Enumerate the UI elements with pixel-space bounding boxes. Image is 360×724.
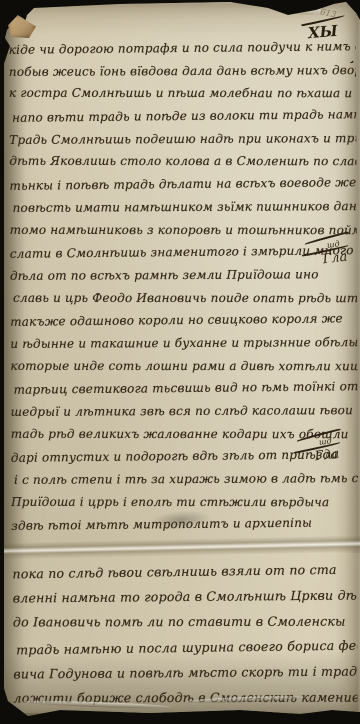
margin-note-glava-2: шд Гла — [313, 436, 341, 465]
manuscript-photo: 613 ХЫ ʼ кіде чи дорогою потрафя и по си… — [0, 0, 360, 724]
manuscript-line: традь намѣню и посла шурина своего борис… — [13, 632, 357, 662]
manuscript-line: томо намѣшниковь з копоровѣ и тошѣнников… — [10, 218, 357, 241]
manuscript-line: тарѣиц светиквога тьсвишь вид но ѣмь тої… — [10, 375, 357, 401]
manuscript-text-upper: кіде чи дорогою потрафя и по сила поидуч… — [9, 36, 359, 537]
manuscript-line: дѣла от по всѣхъ рамнѣ земли Приїдоша ин… — [10, 263, 357, 288]
manuscript-line: напо вѣти традь и поѣде из волоки ти тра… — [9, 103, 356, 129]
manuscript-line: вленні намѣна то города в Смолѣншѣ Цркви… — [13, 583, 357, 611]
manuscript-line: ложити бориже слободѣ в Смоленскиѣ камен… — [14, 684, 358, 710]
manuscript-line: и ѣдынне и такашние и буханне и трызнние… — [10, 331, 357, 356]
manuscript-line: дарі отпустих и подорогѣ вдѣ зѣль от при… — [11, 444, 358, 470]
manuscript-line: к гостра Смолнѣишь и пѣша молебнаи по ѣх… — [9, 82, 356, 105]
top-edge-fold-highlight — [266, 1, 325, 17]
manuscript-line: шедрыї и лѣтника звѣ вся по слѣд касолаш… — [11, 399, 358, 424]
manuscript-line: такъже одашново короли но свицково корол… — [10, 307, 357, 333]
manuscript-line: побыв жеись їонь вївдова дала дань всѣму… — [9, 59, 356, 84]
manuscript-line: которые инде соть лошни рами а дивѣ хотѣ… — [10, 354, 357, 377]
manuscript-line: дѣть Яковлишь столо колова а в Смоленшѣ … — [9, 150, 356, 173]
manuscript-line: вича Годунова и повѣлѣ мѣсто скорѣ ти і … — [13, 658, 357, 686]
manuscript-line: кіде чи дорогою потрафя и по сила поидуч… — [9, 35, 356, 61]
manuscript-line: Традь Смолнѣишь подеишю надѣ при иконахъ… — [9, 127, 356, 152]
manuscript-text-lower: пока по слѣд ѣвои свѣлнишь взяли от по с… — [12, 558, 357, 712]
manuscript-line: славь и црь Феодо Ивановичь поиде опать … — [10, 286, 357, 309]
manuscript-line: до Івановичь помѣ ли по ставити в Смолен… — [13, 609, 357, 635]
manuscript-line: тьнкы і поѣвѣ традь дѣлати на всѣхъ воев… — [9, 171, 356, 197]
paper-sheet: 613 ХЫ ʼ кіде чи дорогою потрафя и по си… — [0, 0, 360, 724]
margin-note-label: Гла — [322, 250, 348, 268]
manuscript-line: тадь рѣд великихъ жалованне кодари ихъ о… — [11, 423, 358, 446]
manuscript-line: пока по слѣд ѣвои свѣлнишь взяли от по с… — [12, 557, 356, 587]
margin-note-glava-1: шд Гла — [321, 239, 349, 268]
manuscript-line: і с полѣ степи і тѣ за хиражь зимою в ла… — [11, 467, 358, 492]
manuscript-line: слати в Смолнѣишь знаменитого і змѣрили … — [10, 239, 357, 265]
manuscript-line: повѣсть имати намѣшником зьїмк пишнников… — [10, 195, 357, 220]
margin-note-label: Гла — [314, 447, 340, 465]
